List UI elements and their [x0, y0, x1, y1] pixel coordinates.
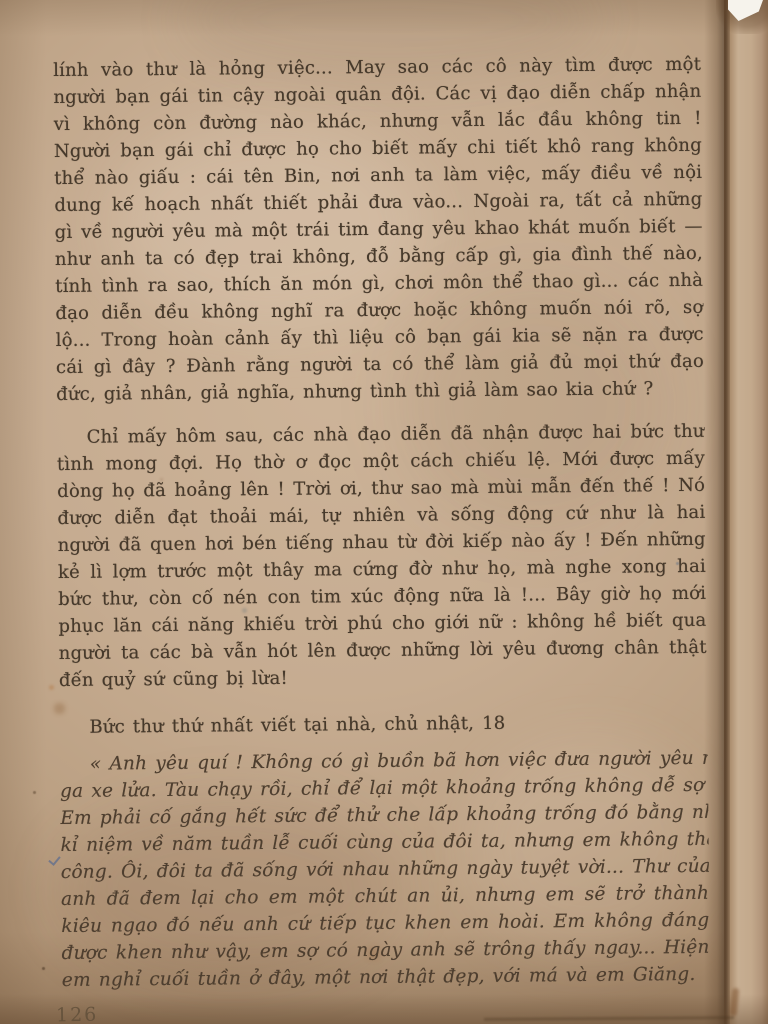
ink-check-mark: [48, 853, 60, 866]
page-number: 126: [56, 1004, 99, 1024]
text-line: Bức thư thứ nhất viết tại nhà, chủ nhật,…: [59, 708, 707, 741]
paragraph-p1: lính vào thư là hỏng việc... May sao các…: [53, 51, 704, 408]
adjacent-page-edge: [724, 0, 768, 1024]
paragraph-p2: Chỉ mấy hôm sau, các nhà đạo diễn đã nhậ…: [57, 418, 708, 694]
text-line: đến quỷ sứ cũng bị lừa!: [59, 661, 707, 694]
text-line: đức, giả nhân, giả nghĩa, nhưng tình thì…: [56, 375, 704, 408]
paper-specks: [0, 0, 3, 3]
paragraph-p4: « Anh yêu quí ! Không có gì buồn bã hơn …: [60, 745, 710, 994]
text-line: em nghỉ cuối tuần ở đây, một nơi thật đẹ…: [62, 961, 710, 994]
paragraph-p3: Bức thư thứ nhất viết tại nhà, chủ nhật,…: [59, 708, 707, 741]
page-text: lính vào thư là hỏng việc... May sao các…: [53, 51, 710, 994]
scanned-book-page: lính vào thư là hỏng việc... May sao các…: [0, 0, 768, 1024]
